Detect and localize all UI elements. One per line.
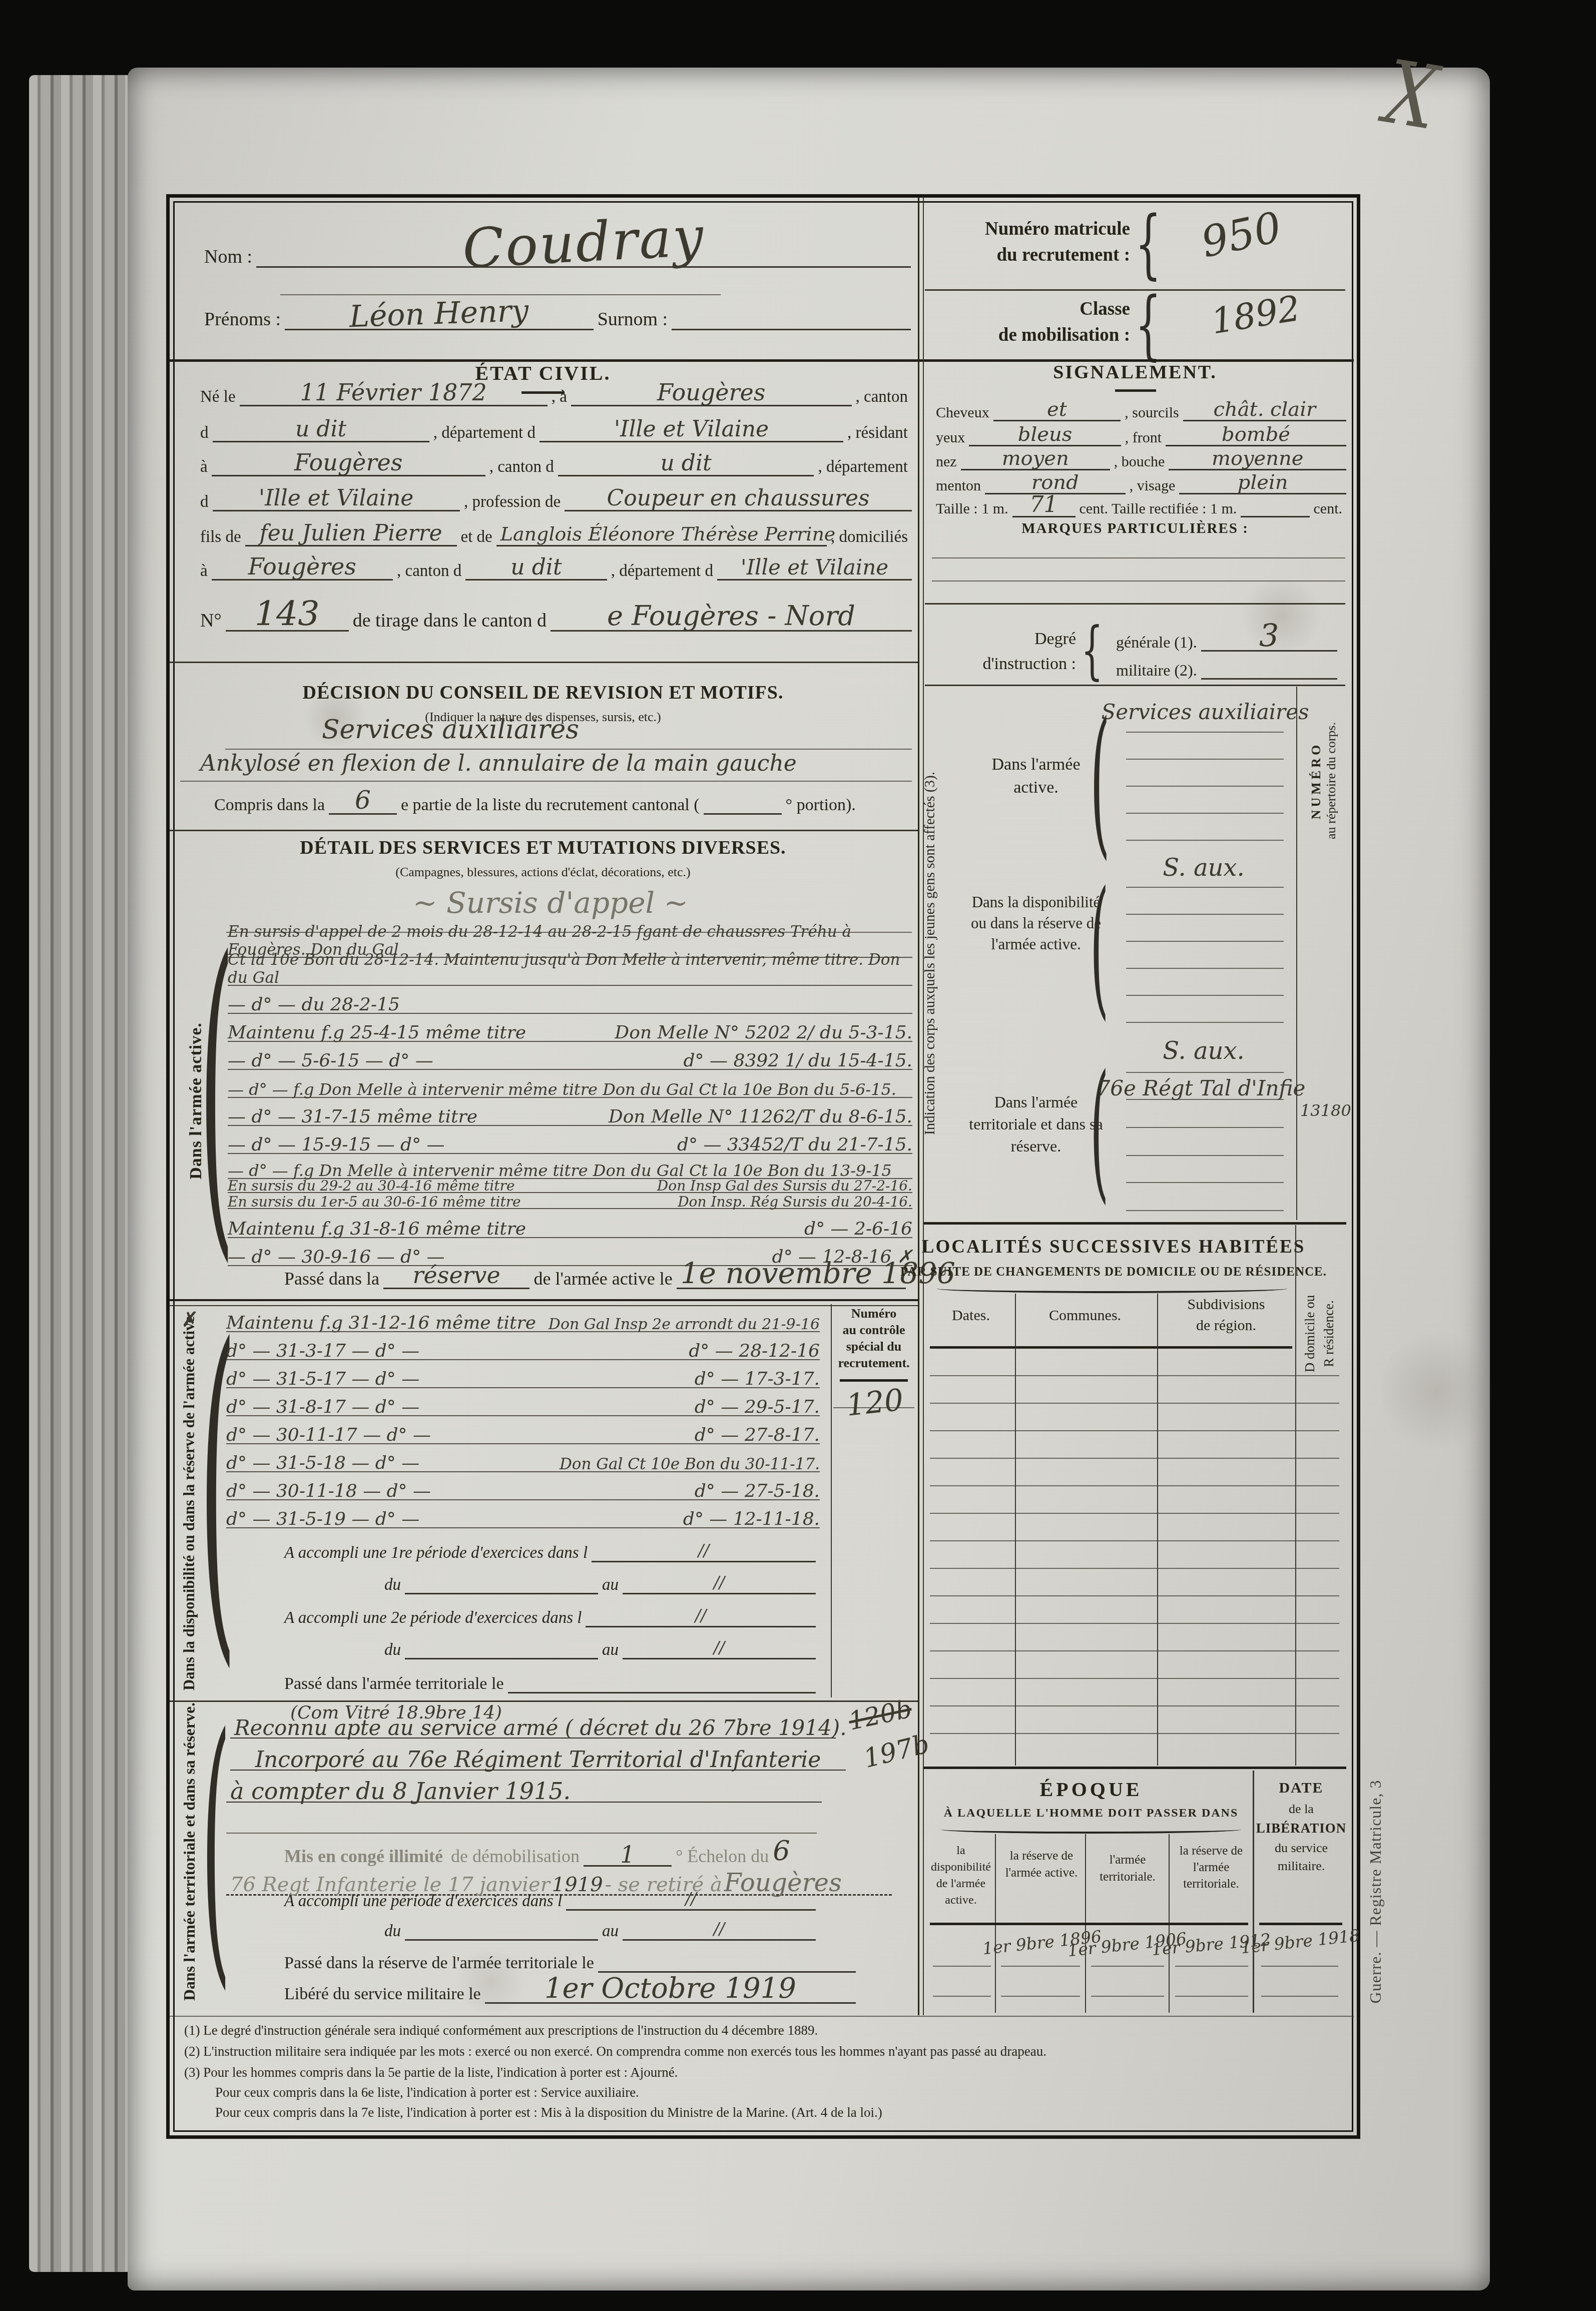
tirage-canton: e Fougères - Nord bbox=[607, 600, 855, 632]
scanned-register-page: { "scan": { "corner_mark": "X", "margin_… bbox=[0, 0, 1596, 2311]
service-row: — d° — 31-7-15 même titreDon Melle N° 11… bbox=[228, 1098, 912, 1126]
dispo-row: d° — 30-11-18 — d° —d° — 27-5-18. bbox=[226, 1472, 820, 1500]
ec-line-5: fils de feu Julien Pierre et de Langlois… bbox=[196, 517, 912, 546]
service-row: — d° — 15-9-15 — d° —d° — 33452/T du 21-… bbox=[228, 1126, 912, 1154]
decision-underline-1 bbox=[225, 749, 912, 750]
corps-terr-value-2: 76e Régt Tal d'Infie bbox=[1097, 1076, 1306, 1100]
nom-field: Coudray bbox=[256, 212, 911, 268]
corps-left-rotated-label: Indication des corps auxquels les jeunes… bbox=[922, 772, 938, 1135]
prenoms-label: Prénoms : bbox=[200, 308, 285, 330]
epoque-arc bbox=[941, 1826, 1241, 1834]
prenoms-row: Prénoms : Léon Henry Surnom : bbox=[200, 284, 911, 330]
decision-line-1: Services auxiliaires bbox=[322, 715, 579, 745]
dispo-row: d° — 31-5-18 — d° —Don Gal Ct 10e Bon du… bbox=[226, 1444, 820, 1472]
epoque-subtitle: À LAQUELLE L'HOMME DOIT PASSER DANS bbox=[944, 1807, 1239, 1820]
controle-header-rule bbox=[840, 1379, 908, 1382]
col-subdiv-1: Subdivisions bbox=[1187, 1296, 1265, 1313]
periode1-duau-row: du au // bbox=[380, 1565, 816, 1594]
epoque-title: ÉPOQUE bbox=[1040, 1778, 1143, 1801]
periode1-row: A accompli une 1re période d'exercices d… bbox=[280, 1532, 816, 1562]
tirage-bottom-rule bbox=[170, 662, 918, 663]
footnotes-top-rule bbox=[170, 2016, 1354, 2017]
service-row: — d° — du 28-2-15 bbox=[228, 986, 912, 1014]
services-heading: ~ Sursis d'appel ~ bbox=[413, 886, 688, 920]
dispo-row: d° — 31-3-17 — d° —d° — 28-12-16 bbox=[226, 1332, 820, 1360]
corps-dispo-value: S. aux. bbox=[1163, 854, 1245, 882]
footnote-2: (2) L'instruction militaire sera indiqué… bbox=[184, 2044, 1046, 2059]
dispo-row: d° — 31-5-19 — d° —d° — 12-11-18. bbox=[226, 1500, 820, 1528]
reconnu-text: Reconnu apte au service armé ( décret du… bbox=[234, 1715, 847, 1740]
degre-bottom-rule bbox=[925, 685, 1345, 686]
decision-line-2: Ankylosé en flexion de l. annulaire de l… bbox=[200, 751, 797, 776]
dispo-rotated-label: Dans la disponibilité ou dans la réserve… bbox=[179, 1312, 200, 1690]
main-panel-divider bbox=[918, 198, 924, 2015]
ec-line-6: à Fougères , canton d u dit , départemen… bbox=[196, 551, 912, 581]
decision-bottom-rule bbox=[170, 830, 918, 831]
controle-header: Numéro au contrôle spécial du recrutemen… bbox=[838, 1305, 909, 1371]
terr-brace: ( bbox=[201, 1706, 231, 1985]
passe-reserve-row: Passé dans la réserve de l'armée active … bbox=[280, 1257, 906, 1289]
localites-title: LOCALITÉS SUCCESSIVES HABITÉES bbox=[922, 1236, 1306, 1258]
dispo-check-mark: ✗ bbox=[181, 1307, 199, 1332]
passe-territoriale-row: Passé dans l'armée territoriale le bbox=[280, 1664, 816, 1693]
epoque-col3-header: l'armée territoriale. bbox=[1089, 1852, 1166, 1886]
footnote-3: (3) Pour les hommes compris dans la 5e p… bbox=[184, 2065, 678, 2080]
decision-title: DÉCISION DU CONSEIL DE REVISION ET MOTIF… bbox=[303, 682, 784, 704]
surnom-label: Surnom : bbox=[594, 308, 672, 330]
col-communes: Communes. bbox=[1049, 1307, 1121, 1324]
epoque-top-rule bbox=[923, 1767, 1346, 1769]
terr-blank-line bbox=[226, 1833, 817, 1834]
service-row: Ct la 10e Bon du 28-12-14. Maintenu jusq… bbox=[228, 958, 912, 986]
dispo-row: Maintenu f.g 31-12-16 même titreDon Gal … bbox=[226, 1304, 820, 1332]
controle-number-line bbox=[833, 1407, 914, 1408]
service-row: Maintenu f.g 25-4-15 même titreDon Melle… bbox=[228, 1014, 912, 1042]
date-header-1: DATE bbox=[1279, 1780, 1323, 1797]
degre-brace: { bbox=[1081, 621, 1103, 681]
profession: Coupeur en chaussures bbox=[607, 485, 870, 511]
libere-row: Libéré du service militaire le 1er Octob… bbox=[280, 1972, 856, 2004]
decision-underline-2 bbox=[180, 781, 912, 782]
dispo-bottom-rule bbox=[170, 1700, 918, 1702]
birth-place: Fougères bbox=[657, 379, 765, 406]
epoque-col4-header: la réserve de l'armée territoriale. bbox=[1173, 1843, 1249, 1892]
epoque-col2-header: la réserve de l'armée active. bbox=[1000, 1848, 1083, 1882]
degre-label: Degré d'instruction : bbox=[982, 627, 1076, 677]
taille: 71 bbox=[1030, 492, 1058, 517]
marques-line-1 bbox=[932, 557, 1345, 558]
ec-line-4: d 'Ille et Vilaine , profession de Coupe… bbox=[196, 482, 912, 511]
echelon-du-value: 6 bbox=[773, 1835, 790, 1867]
matricule-brace: { bbox=[1135, 208, 1161, 280]
demobilisation-row: Mis en congé illimité de démobilisation … bbox=[280, 1838, 896, 1867]
service-row: — d° — f.g Don Melle à intervenir même t… bbox=[228, 1070, 912, 1098]
localites-top-rule bbox=[923, 1222, 1346, 1225]
compris-partie: 6 bbox=[355, 786, 371, 815]
birth-date: 11 Février 1872 bbox=[300, 379, 486, 406]
corps-dispo-brace: ( bbox=[1090, 875, 1109, 1019]
degre-militaire-row: militaire (2). bbox=[1112, 654, 1337, 680]
tirage-number: 143 bbox=[255, 594, 320, 634]
nom-label: Nom : bbox=[200, 246, 256, 268]
passe-reserve-value: réserve bbox=[413, 1262, 500, 1289]
corps-terr-numero: 13180 bbox=[1300, 1101, 1351, 1120]
residence: Fougères bbox=[294, 449, 402, 476]
service-row: Maintenu f.g 31-8-16 même titred° — 2-6-… bbox=[228, 1210, 912, 1238]
corps-terr-label: Dans l'armée territoriale et dans sa rés… bbox=[966, 1091, 1106, 1157]
terr-rotated-label: Dans l'armée territoriale et dans sa rés… bbox=[178, 1702, 200, 2001]
ec-line-3: à Fougères , canton d u dit , départemen… bbox=[196, 447, 912, 476]
ec-line-1: Né le 11 Février 1872 , à Fougères , can… bbox=[196, 377, 912, 406]
corps-dispo-label: Dans la disponibilité ou dans la réserve… bbox=[966, 892, 1106, 955]
service-row: — d° — 5-6-15 — d° —d° — 8392 1/ du 15-4… bbox=[228, 1042, 912, 1070]
tirage-row: N° 143 de tirage dans le canton d e Foug… bbox=[196, 599, 912, 632]
prenoms-value: Léon Henry bbox=[349, 293, 529, 334]
margin-imprint: Guerre. — Registre Matricule, 3 bbox=[1366, 1780, 1385, 2004]
marques-line-2 bbox=[932, 581, 1345, 582]
corps-active-label: Dans l'armée active. bbox=[973, 753, 1099, 799]
birth-departement: 'Ille et Vilaine bbox=[614, 416, 769, 442]
ec-line-2: d u dit , département d 'Ille et Vilaine… bbox=[196, 413, 912, 442]
localites-subtitle: PAR SUITE DE CHANGEMENTS DE DOMICILE OU … bbox=[900, 1265, 1327, 1279]
sig-row-taille: Taille : 1 m. 71 cent. Taille rectifiée … bbox=[932, 488, 1346, 517]
services-subtitle: (Campagnes, blessures, actions d'éclat, … bbox=[395, 865, 690, 880]
degre-generale-value: 3 bbox=[1259, 617, 1279, 654]
classe-brace: { bbox=[1135, 289, 1161, 361]
localites-arc bbox=[937, 1284, 1287, 1293]
periode2-duau-row: du au // bbox=[380, 1630, 816, 1659]
footnote-4: Pour ceux compris dans la 6e liste, l'in… bbox=[215, 2085, 639, 2100]
nom-value: Coudray bbox=[461, 205, 706, 280]
epoque-col1-header: la disponibilité de l'armée active. bbox=[929, 1843, 993, 1909]
incorpore-row: Incorporé au 76e Régiment Territorial d'… bbox=[230, 1740, 846, 1771]
compris-row: Compris dans la 6 e partie de la liste d… bbox=[210, 784, 906, 815]
dispo-row: d° — 31-5-17 — d° —d° — 17-3-17. bbox=[226, 1360, 820, 1388]
signalement-bottom-rule bbox=[925, 603, 1345, 605]
service-row: En sursis du 29-2 au 30-4-16 même titreD… bbox=[228, 1177, 912, 1193]
prenoms-field: Léon Henry bbox=[285, 296, 594, 330]
passe-reserve-terr-row: Passé dans la réserve de l'armée territo… bbox=[280, 1944, 856, 1973]
domicile-residence-rotated: D domicile ou R résidence. bbox=[1300, 1295, 1338, 1372]
classe-label: Classe de mobilisation : bbox=[998, 296, 1130, 348]
service-row: — d° — f.g Dn Melle à intervenir même ti… bbox=[228, 1151, 912, 1179]
periode2-row: A accompli une 2e période d'exercices da… bbox=[280, 1597, 816, 1627]
signalement-title: SIGNALEMENT. bbox=[1053, 361, 1217, 383]
book-binding-edge bbox=[29, 75, 132, 2272]
numero-repertoire-col-line bbox=[1296, 687, 1297, 1220]
localites-header-rule bbox=[930, 1346, 1292, 1349]
corps-terr-value-1: S. aux. bbox=[1163, 1037, 1245, 1065]
incorpore-text: Incorporé au 76e Régiment Territorial d'… bbox=[255, 1747, 821, 1773]
acompter-text: à compter du 8 Janvier 1915. bbox=[230, 1778, 571, 1805]
terr-duau-row: du au // bbox=[380, 1913, 816, 1941]
mother-name: Langlois Éléonore Thérèse Perrine bbox=[500, 523, 836, 545]
corps-active-brace: ( bbox=[1090, 705, 1110, 858]
controle-number: 120 bbox=[844, 1382, 905, 1423]
acompter-row: à compter du 8 Janvier 1915. bbox=[226, 1772, 822, 1803]
reconnu-row: Reconnu apte au service armé ( décret du… bbox=[230, 1707, 836, 1739]
epoque-header-rule-2 bbox=[1259, 1923, 1342, 1925]
father-name: feu Julien Pierre bbox=[260, 520, 442, 546]
terr-periode-row: A accompli une période d'exercices dans … bbox=[280, 1882, 816, 1911]
matricule-label: Numéro matricule du recrutement : bbox=[985, 216, 1130, 268]
service-row: En sursis du 1er-5 au 30-6-16 même titre… bbox=[228, 1193, 912, 1209]
col-subdiv-2: de région. bbox=[1196, 1317, 1256, 1334]
surnom-field bbox=[672, 307, 911, 330]
nom-row: Nom : Coudray bbox=[200, 215, 911, 268]
footnote-5: Pour ceux compris dans la 7e liste, l'in… bbox=[215, 2105, 882, 2120]
epoque-header-rule-1 bbox=[930, 1923, 1248, 1925]
corps-active-value: Services auxiliaires bbox=[1101, 700, 1309, 724]
col-dates: Dates. bbox=[952, 1307, 990, 1324]
controle-col-line bbox=[831, 1304, 832, 1697]
services-title: DÉTAIL DES SERVICES ET MUTATIONS DIVERSE… bbox=[300, 837, 786, 859]
libere-date: 1er Octobre 1919 bbox=[545, 1972, 796, 2005]
signalement-dash bbox=[1115, 389, 1156, 392]
dispo-row: d° — 31-8-17 — d° —d° — 29-5-17. bbox=[226, 1388, 820, 1416]
dispo-row: d° — 30-11-17 — d° —d° — 27-8-17. bbox=[226, 1416, 820, 1444]
footnote-1: (1) Le degré d'instruction générale sera… bbox=[184, 2023, 818, 2038]
marques-label: MARQUES PARTICULIÈRES : bbox=[1021, 520, 1249, 537]
numero-repertoire-rotated: NUMÉRO au répertoire du corps. bbox=[1309, 722, 1339, 839]
echelon-value: 1 bbox=[620, 1841, 635, 1868]
degre-generale-row: générale (1). 3 bbox=[1112, 624, 1337, 652]
